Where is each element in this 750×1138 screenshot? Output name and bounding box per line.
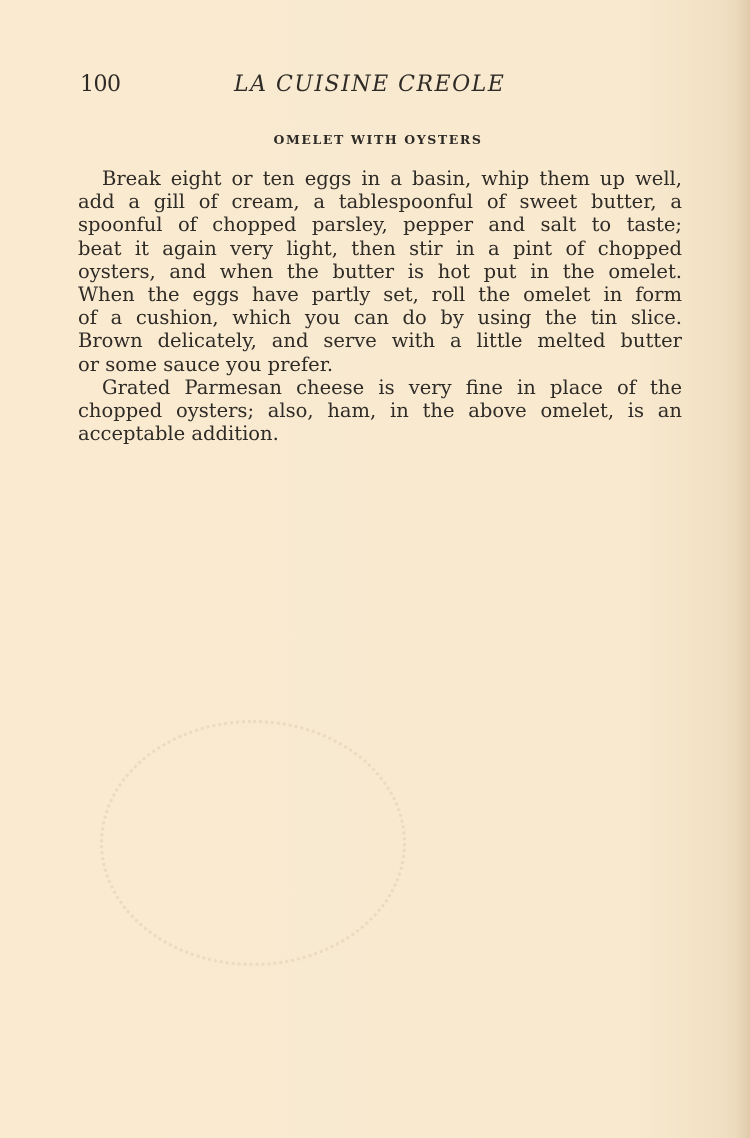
page-edge-shadow <box>736 0 750 1138</box>
book-page: 100 LA CUISINE CREOLE OMELET WITH OYSTER… <box>0 0 750 1138</box>
paragraph-1: Break eight or ten eggs in a basin, whip… <box>78 167 682 376</box>
recipe-body: Break eight or ten eggs in a basin, whip… <box>78 167 682 445</box>
paragraph-2: Grated Parmesan cheese is very fine in p… <box>78 376 682 446</box>
text-line: Break eight or ten eggs in a basin, whip… <box>78 167 682 190</box>
text-line: Brown delicately, and serve with a littl… <box>78 329 682 352</box>
text-line: beat it again very light, then stir in a… <box>78 237 682 260</box>
page-header: 100 LA CUISINE CREOLE <box>80 72 680 102</box>
text-line: acceptable addition. <box>78 422 682 445</box>
faint-library-stamp <box>100 720 406 966</box>
text-line: add a gill of cream, a tablespoonful of … <box>78 190 682 213</box>
page-number: 100 <box>80 72 121 97</box>
text-line: chopped oysters; also, ham, in the above… <box>78 399 682 422</box>
text-line: oysters, and when the butter is hot put … <box>78 260 682 283</box>
text-line: Grated Parmesan cheese is very fine in p… <box>78 376 682 399</box>
text-line: spoonful of chopped parsley, pepper and … <box>78 213 682 236</box>
running-title: LA CUISINE CREOLE <box>234 72 505 97</box>
text-line: of a cushion, which you can do by using … <box>78 306 682 329</box>
section-title: OMELET WITH OYSTERS <box>0 132 750 147</box>
text-line: or some sauce you prefer. <box>78 353 682 376</box>
text-line: When the eggs have partly set, roll the … <box>78 283 682 306</box>
